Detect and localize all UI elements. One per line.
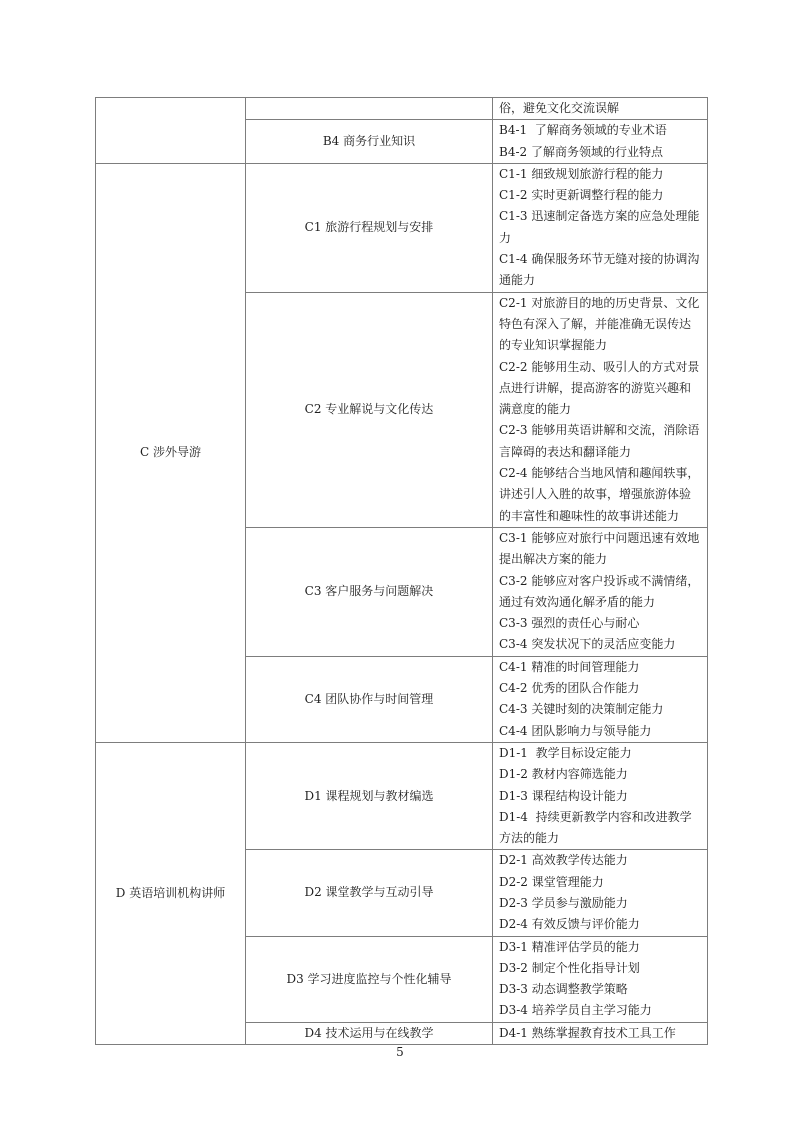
subcategory-cell-d2: D2 课堂教学与互动引导 bbox=[246, 850, 493, 936]
ability-cell-d4: D4-1 熟练掌握教育技术工具工作 bbox=[493, 1022, 708, 1044]
subcategory-cell-b4: B4 商务行业知识 bbox=[246, 120, 493, 164]
ability-cell-c3: C3-1 能够应对旅行中问题迅速有效地提出解决方案的能力 C3-2 能够应对客户… bbox=[493, 527, 708, 656]
subcategory-cell-d1: D1 课程规划与教材编选 bbox=[246, 742, 493, 849]
subcategory-cell-c1: C1 旅游行程规划与安排 bbox=[246, 163, 493, 292]
ability-item: D4-1 熟练掌握教育技术工具工作 bbox=[499, 1023, 701, 1044]
ability-item: C2-1 对旅游目的地的历史背景、文化特色有深入了解，并能准确无误传达的专业知识… bbox=[499, 293, 701, 357]
ability-item: B4-2 了解商务领域的行业特点 bbox=[499, 142, 701, 163]
d-category-cell: D 英语培训机构讲师 bbox=[96, 742, 246, 1044]
subcategory-cell-empty bbox=[246, 98, 493, 120]
ability-item: D2-2 课堂管理能力 bbox=[499, 872, 701, 893]
ability-item: D1-1 教学目标设定能力 bbox=[499, 743, 701, 764]
subcategory-cell-d3: D3 学习进度监控与个性化辅导 bbox=[246, 936, 493, 1022]
ability-item: C1-1 细致规划旅游行程的能力 bbox=[499, 164, 701, 185]
ability-item: C3-3 强烈的责任心与耐心 bbox=[499, 613, 701, 634]
subcategory-cell-c4: C4 团队协作与时间管理 bbox=[246, 656, 493, 742]
table-row: C 涉外导游 C1 旅游行程规划与安排 C1-1 细致规划旅游行程的能力 C1-… bbox=[96, 163, 708, 292]
ability-item: C2-4 能够结合当地风情和趣闻轶事，讲述引人入胜的故事，增强旅游体验的丰富性和… bbox=[499, 463, 701, 527]
ability-item: B4-1 了解商务领域的专业术语 bbox=[499, 120, 701, 141]
ability-cell-d2: D2-1 高效教学传达能力 D2-2 课堂管理能力 D2-3 学员参与激励能力 … bbox=[493, 850, 708, 936]
ability-item: C4-2 优秀的团队合作能力 bbox=[499, 678, 701, 699]
ability-cell-c4: C4-1 精准的时间管理能力 C4-2 优秀的团队合作能力 C4-3 关键时刻的… bbox=[493, 656, 708, 742]
ability-item: D3-4 培养学员自主学习能力 bbox=[499, 1000, 701, 1021]
ability-item: C1-4 确保服务环节无缝对接的协调沟通能力 bbox=[499, 249, 701, 292]
ability-cell-d3: D3-1 精准评估学员的能力 D3-2 制定个性化指导计划 D3-3 动态调整教… bbox=[493, 936, 708, 1022]
subcategory-cell-c3: C3 客户服务与问题解决 bbox=[246, 527, 493, 656]
skills-table: 俗，避免文化交流误解 B4 商务行业知识 B4-1 了解商务领域的专业术语 B4… bbox=[95, 97, 708, 1045]
ability-item: D1-4 持续更新教学内容和改进教学方法的能力 bbox=[499, 807, 701, 850]
ability-cell-b4: B4-1 了解商务领域的专业术语 B4-2 了解商务领域的行业特点 bbox=[493, 120, 708, 164]
ability-item: C4-1 精准的时间管理能力 bbox=[499, 657, 701, 678]
ability-item: C4-3 关键时刻的决策制定能力 bbox=[499, 699, 701, 720]
ability-item: C2-2 能够用生动、吸引人的方式对景点进行讲解，提高游客的游览兴趣和满意度的能… bbox=[499, 357, 701, 421]
ability-item: C4-4 团队影响力与领导能力 bbox=[499, 721, 701, 742]
ability-item: D2-4 有效反馈与评价能力 bbox=[499, 914, 701, 935]
table-row: 俗，避免文化交流误解 bbox=[96, 98, 708, 120]
ability-item: D1-3 课程结构设计能力 bbox=[499, 786, 701, 807]
ability-cell-c1: C1-1 细致规划旅游行程的能力 C1-2 实时更新调整行程的能力 C1-3 迅… bbox=[493, 163, 708, 292]
ability-cell-b3-cont: 俗，避免文化交流误解 bbox=[493, 98, 708, 120]
c-category-cell: C 涉外导游 bbox=[96, 163, 246, 742]
document-page: 俗，避免文化交流误解 B4 商务行业知识 B4-1 了解商务领域的专业术语 B4… bbox=[0, 0, 800, 1131]
ability-item: C3-4 突发状况下的灵活应变能力 bbox=[499, 634, 701, 655]
subcategory-cell-d4: D4 技术运用与在线教学 bbox=[246, 1022, 493, 1044]
page-number: 5 bbox=[0, 1044, 800, 1060]
subcategory-cell-c2: C2 专业解说与文化传达 bbox=[246, 292, 493, 527]
table-row: D 英语培训机构讲师 D1 课程规划与教材编选 D1-1 教学目标设定能力 D1… bbox=[96, 742, 708, 849]
ability-item: 俗，避免文化交流误解 bbox=[499, 98, 701, 119]
ability-item: D3-1 精准评估学员的能力 bbox=[499, 937, 701, 958]
b-category-cell bbox=[96, 98, 246, 164]
ability-item: C2-3 能够用英语讲解和交流，消除语言障碍的表达和翻译能力 bbox=[499, 420, 701, 463]
ability-item: C1-3 迅速制定备选方案的应急处理能力 bbox=[499, 206, 701, 249]
ability-item: D1-2 教材内容筛选能力 bbox=[499, 764, 701, 785]
ability-item: D3-3 动态调整教学策略 bbox=[499, 979, 701, 1000]
ability-item: C3-2 能够应对客户投诉或不满情绪，通过有效沟通化解矛盾的能力 bbox=[499, 571, 701, 614]
ability-cell-d1: D1-1 教学目标设定能力 D1-2 教材内容筛选能力 D1-3 课程结构设计能… bbox=[493, 742, 708, 849]
ability-cell-c2: C2-1 对旅游目的地的历史背景、文化特色有深入了解，并能准确无误传达的专业知识… bbox=[493, 292, 708, 527]
ability-item: D2-1 高效教学传达能力 bbox=[499, 850, 701, 871]
ability-item: D3-2 制定个性化指导计划 bbox=[499, 958, 701, 979]
ability-item: C1-2 实时更新调整行程的能力 bbox=[499, 185, 701, 206]
ability-item: D2-3 学员参与激励能力 bbox=[499, 893, 701, 914]
ability-item: C3-1 能够应对旅行中问题迅速有效地提出解决方案的能力 bbox=[499, 528, 701, 571]
